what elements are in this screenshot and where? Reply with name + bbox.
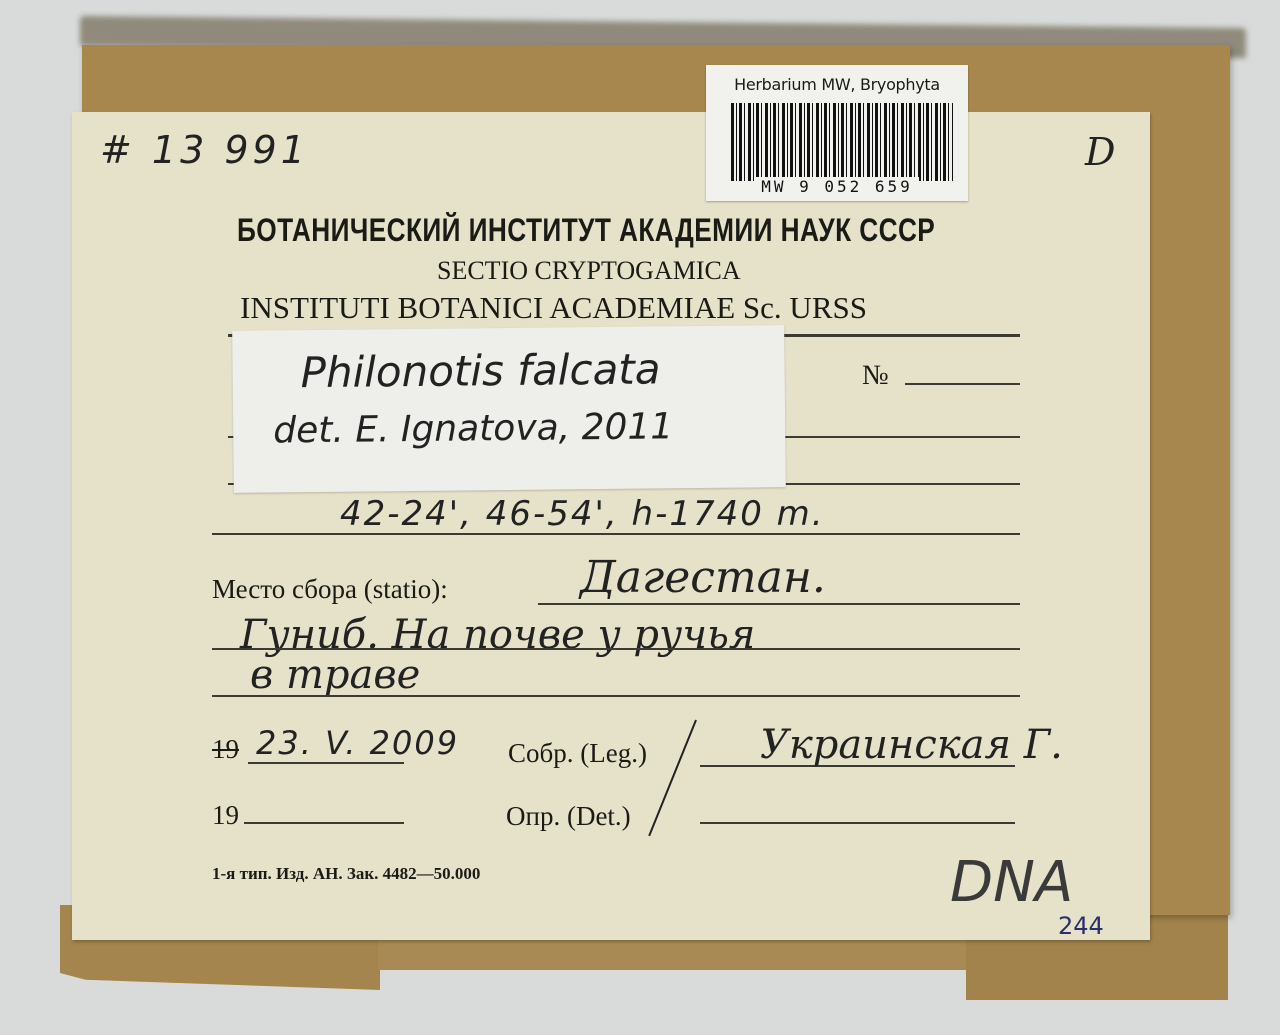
dna-mark: DNA (950, 850, 1073, 915)
det-date-prefix: 19 (212, 800, 239, 831)
taxon-name: Philonotis falcata (300, 344, 660, 397)
date-prefix-struck: 19 (212, 734, 239, 765)
det-line (700, 822, 1015, 824)
coordinates: 42-24', 46-54', h-1740 m. (340, 494, 825, 534)
collection-date: 23. V. 2009 (256, 724, 459, 762)
dna-number: 244 (1058, 912, 1104, 940)
corner-mark: D (1085, 130, 1115, 174)
institute-name-russian: БОТАНИЧЕСКИЙ ИНСТИТУТ АКАДЕМИИ НАУК СССР (237, 212, 935, 249)
locality-label: Место сбора (statio): (212, 574, 448, 605)
section-name-latin: SECTIO CRYPTOGAMICA (437, 256, 741, 286)
date-line (248, 762, 404, 764)
locality-line-2 (212, 648, 1020, 650)
locality-line-3 (212, 695, 1020, 697)
printer-note: 1-я тип. Изд. АН. Зак. 4482—50.000 (212, 864, 480, 884)
accession-number: # 13 991 (100, 128, 309, 172)
leg-label: Собр. (Leg.) (508, 738, 647, 769)
number-label: № (862, 360, 889, 392)
locality-detail-line-3: в траве (250, 652, 420, 698)
determiner: det. E. Ignatova, 2011 (273, 406, 673, 451)
barcode-title: Herbarium MW, Bryophyta (706, 75, 968, 94)
collector-name: Украинская Г. (760, 722, 1063, 768)
number-field-line (905, 383, 1020, 385)
det-label: Опр. (Det.) (506, 801, 631, 832)
barcode-sticker: Herbarium MW, Bryophyta MW 9 052 659 (706, 65, 968, 201)
locality-region: Дагестан. (580, 552, 826, 603)
locality-line-1 (538, 603, 1020, 605)
barcode-number: MW 9 052 659 (706, 177, 968, 196)
institute-name-latin: INSTITUTI BOTANICI ACADEMIAE Sc. URSS (240, 290, 867, 326)
determination-slip: Philonotis falcata det. E. Ignatova, 201… (232, 325, 786, 493)
det-date-line (244, 822, 404, 824)
barcode-icon (731, 103, 953, 181)
